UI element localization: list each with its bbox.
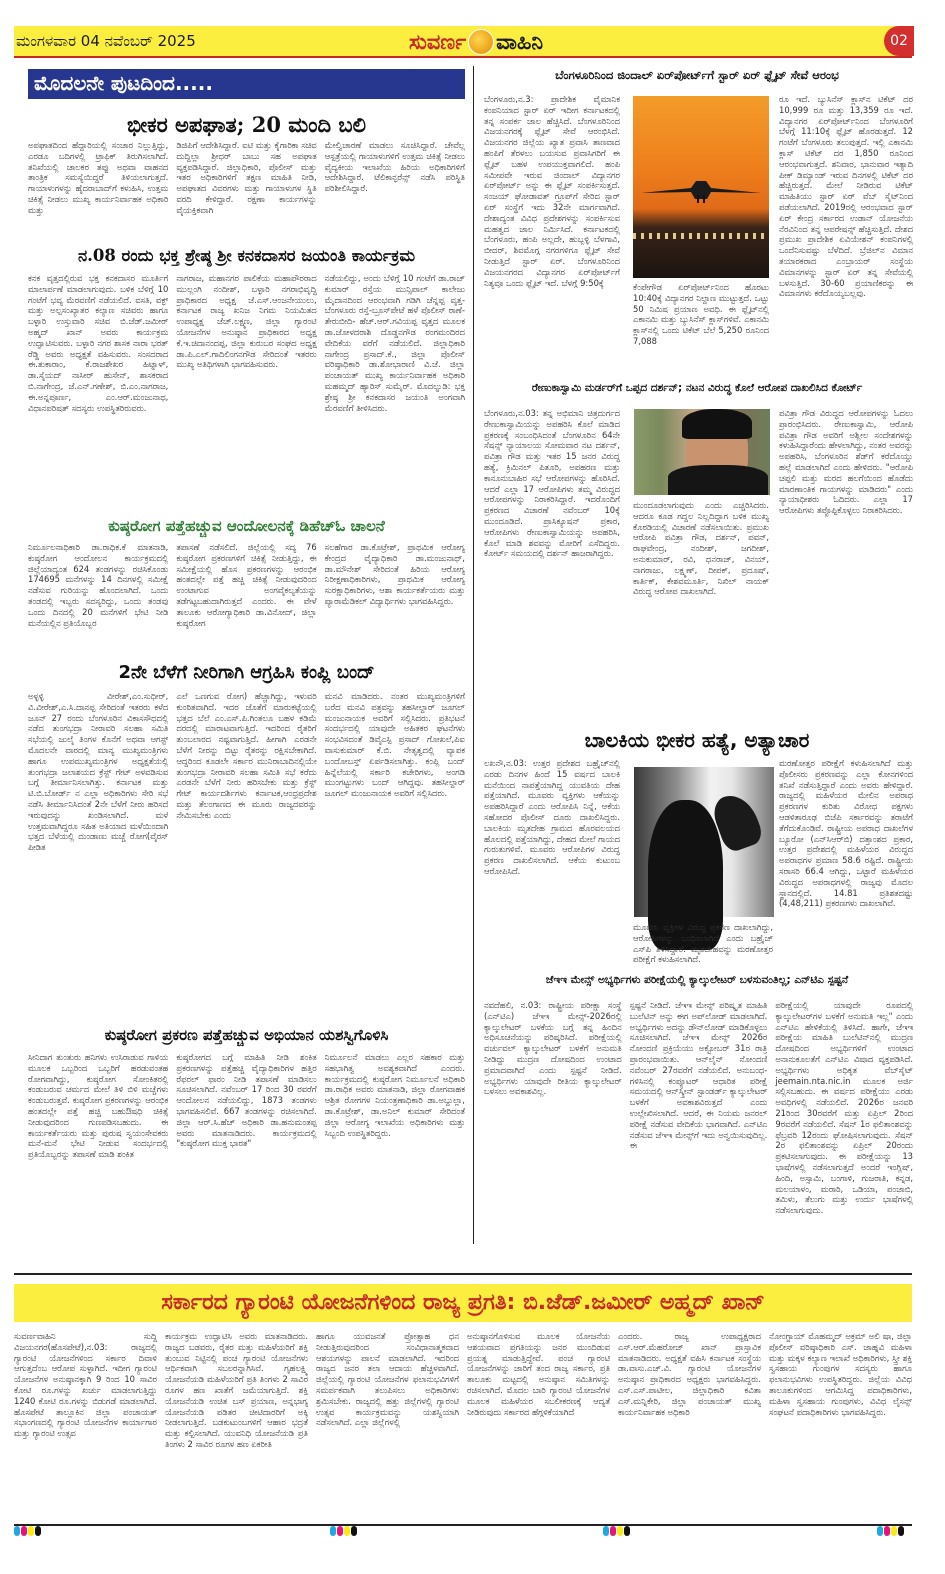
article-body: ಮೂವರು ವ್ಯಕ್ತಿಗಳ ವಿರುದ್ಧ ಪ್ರಕರಣ ದಾಖಲಾಗಿದ್… — [633, 922, 773, 968]
shirt-shape — [668, 465, 768, 495]
article-column: ನವದೆಹಲಿ, ನ.03: ರಾಷ್ಟ್ರೀಯ ಪರೀಕ್ಷಾ ಸಂಸ್ಥೆ … — [484, 1000, 622, 1262]
article-column: ನಿರ್ಮೂಲನೆ ಮಾಡಲು ಎಲ್ಲರ ಸಹಕಾರ ಮತ್ತು ಸಹಭಾಗಿ… — [325, 1052, 465, 1262]
logo-text-left: ಸುವರ್ಣ — [409, 30, 466, 55]
article-column: ಲಖನೌ,ನ.03: ಉತ್ತರ ಪ್ರದೇಶದ ಬಹ್ರೈಚ್‌ನಲ್ಲಿ ಎ… — [484, 758, 620, 968]
article-body: ಕೆಂಪೇಗೌಡ ಏರ್‌ಪೋರ್ಟ್‌ನಿಂದ ಹೊರಟು 10:40ಕ್ಕೆ… — [633, 282, 769, 374]
article-headline: ಕುಷ್ಠರೋಗ ಪ್ರಕರಣ ಪತ್ತೆಹಚ್ಚುವ ಅಭಿಯಾನ ಯಶಸ್ವ… — [28, 1026, 465, 1044]
article-body: ನವದೆಹಲಿ, ನ.03: ರಾಷ್ಟ್ರೀಯ ಪರೀಕ್ಷಾ ಸಂಸ್ಥೆ … — [484, 1000, 913, 1262]
article-column: ಪವಿತ್ರಾ ಗೌಡ ವಿರುದ್ಧದ ಆರೋಪಗಳನ್ನು ಓದಲು ಪ್ರ… — [779, 408, 913, 700]
article-column: ಮುಂದೂಡಲಾಗುವುದು ಎಂದು ಎಚ್ಚರಿಸಿದರು. ಆದರೂ ಕೂ… — [633, 500, 769, 700]
article-column: ಹಾಗೂ ಯುವಜನತೆ ಪ್ರೋತ್ಸಾಹ ಧನ ನೀಡುತ್ತಿರುವುದರ… — [316, 1331, 459, 1511]
article-body: ಬೆಂಗಳೂರು,ನ.3: ಪ್ರಾದೇಶಿಕ ವೈಮಾನಿಕ ಕಂಪನಿಯಾದ… — [484, 94, 620, 374]
article-column: ಕೆಂಪೇಗೌಡ ಏರ್‌ಪೋರ್ಟ್‌ನಿಂದ ಹೊರಟು 10:40ಕ್ಕೆ… — [633, 282, 769, 374]
article-body: ಕನಕ ವೃತ್ತದಲ್ಲಿರುವ ಭಕ್ತ ಕನಕದಾಸರ ಮೂರ್ತಿಗೆ … — [28, 273, 465, 505]
article-column: ಸ್ಪಷ್ಟನೆ ನೀಡಿದೆ. ಜೆಇಇ ಮೇನ್ಸ್ ಪರಿಷ್ಕೃತ ಮಾ… — [630, 1000, 768, 1262]
article-body: ಬೆಂಗಳೂರು,ನ.03: ತನ್ನ ಅಭಿಮಾನಿ ಚಿತ್ರದುರ್ಗದ … — [484, 408, 620, 700]
article-column: ಎಲೆ ಒಣಗುವ ರೋಗ) ಹೆಚ್ಚಾಗಿದ್ದು, ಇಳುವರಿ ಕುಂಠ… — [176, 691, 316, 1015]
article-body: ಲಖನೌ,ನ.03: ಉತ್ತರ ಪ್ರದೇಶದ ಬಹ್ರೈಚ್‌ನಲ್ಲಿ ಎ… — [484, 758, 620, 968]
article-column: ಬೆಂಗಳೂರು,ನ.3: ಪ್ರಾದೇಶಿಕ ವೈಮಾನಿಕ ಕಂಪನಿಯಾದ… — [484, 94, 620, 374]
lead-story-banner: ಸರ್ಕಾರದ ಗ್ಯಾರಂಟಿ ಯೋಜನೆಗಳಿಂದ ರಾಜ್ಯ ಪ್ರಗತಿ… — [14, 1284, 912, 1322]
article-column: ಮರಣೋತ್ತರ ಪರೀಕ್ಷೆಗೆ ಕಳುಹಿಸಲಾಗಿದೆ ಮತ್ತು ಪೊ… — [779, 758, 913, 968]
article-body: ಮರಣೋತ್ತರ ಪರೀಕ್ಷೆಗೆ ಕಳುಹಿಸಲಾಗಿದೆ ಮತ್ತು ಪೊ… — [779, 758, 913, 968]
article-headline: ಭೀಕರ ಅಪಘಾತ; 20 ಮಂದಿ ಬಲಿ — [28, 112, 465, 138]
lamp-emblem-icon — [468, 29, 494, 55]
article-headline: ನ.08 ರಂದು ಭಕ್ತ ಶ್ರೇಷ್ಠ ಶ್ರೀ ಕನಕದಾಸರ ಜಯಂತ… — [28, 246, 465, 266]
cmyk-registration-mark — [603, 1526, 630, 1536]
cap-shape — [682, 409, 752, 439]
article-column: ಅಳ್ಳಳ್ಳಿ ವೀರೇಶ್,ಎಂ.ಸುಧೀರ್, ವಿ.ವೀರೇಶ್,ಎ.ಸ… — [28, 691, 168, 1015]
article-column: ಎಂದರು. ರಾಜ್ಯ ಉಪಾಧ್ಯಕ್ಷರಾದ ಎಸ್.ಆರ್.ಮೆಹರೋಜ… — [618, 1331, 761, 1511]
article-column: ನಡೆಯಲಿದ್ದು, ಅಂದು ಬೆಳಿಗ್ಗೆ 10 ಗಂಟೆಗೆ ಡಾ.ರ… — [325, 273, 465, 505]
article-column: ಅನುಷ್ಠಾನಗೊಳಿಸುವ ಮೂಲಕ ಯೋಜನೆಯ ಆಶಯವಾದ ಪ್ರಗತ… — [467, 1331, 610, 1511]
print-registration-line — [14, 1524, 912, 1526]
airplane-icon — [641, 179, 761, 203]
column-divider — [473, 66, 474, 1244]
section-banner: ಮೊದಲನೇ ಪುಟದಿಂದ..... — [28, 69, 465, 99]
article-headline: ಜೆಇಇ ಮೇನ್ಸ್ ಅಭ್ಯರ್ಥಿಗಳು ಪರೀಕ್ಷೆಯಲ್ಲಿ ಕ್ಯ… — [482, 974, 912, 987]
runway-lights — [633, 233, 769, 239]
article-body: ನಿರ್ಮೂಲನಾಧಿಕಾರಿ ಡಾ.ರಾಧಿಕ.ಕೆ ಮಾತನಾಡಿ, ಕುಷ… — [28, 542, 465, 646]
cmyk-registration-mark — [14, 1526, 41, 1536]
article-column: ನಿರ್ಮೂಲನಾಧಿಕಾರಿ ಡಾ.ರಾಧಿಕ.ಕೆ ಮಾತನಾಡಿ, ಕುಷ… — [28, 542, 168, 646]
article-body: ಸೀನಿದಾಗ ತುಂತುರು ಹನಿಗಳು ಉಸಿರಾಡುವ ಗಾಳಿಯ ಮೂ… — [28, 1052, 465, 1262]
cmyk-registration-mark — [877, 1526, 904, 1536]
article-body: ರೂ ಇದೆ. ಬ್ಯುಸಿನೆಸ್ ಕ್ಲಾಸ್‌ನ ಟಿಕೆಟ್ ದರ 10… — [779, 94, 913, 374]
article-column: ಸಲಹೆಗಾರ ಡಾ.ಕೊಟ್ರೇಶ್, ಪ್ರಾಥಮಿಕ ಆರೋಗ್ಯ ಕೇಂ… — [325, 542, 465, 646]
lead-story-body: ಸುವರ್ಣವಾಹಿನಿ ಸುದ್ದಿ ವಿಜಯನಗರ(ಹೊಸಪೇಟೆ),ನ.0… — [14, 1331, 912, 1511]
newspaper-logo: ಸುವರ್ಣ ವಾಹಿನಿ — [409, 29, 543, 55]
article-body: ಮುಂದೂಡಲಾಗುವುದು ಎಂದು ಎಚ್ಚರಿಸಿದರು. ಆದರೂ ಕೂ… — [633, 500, 769, 700]
article-column: ಪರೀಕ್ಷೆಯಲ್ಲಿ ಯಾವುದೇ ರೂಪದಲ್ಲಿ ಕ್ಯಾಲ್ಕುಲೇಟ… — [775, 1000, 913, 1262]
article-column: ಮೂವರು ವ್ಯಕ್ತಿಗಳ ವಿರುದ್ಧ ಪ್ರಕರಣ ದಾಖಲಾಗಿದ್… — [633, 922, 773, 968]
article-column: ನಾಗರಾಜ, ಮಹಾನಗರ ಪಾಲಿಕೆಯ ಮಹಾಪೌರರಾದ ಮುಲ್ಲಂಗ… — [176, 273, 316, 505]
page-number-badge: 02 — [884, 26, 914, 56]
article-column: ಮನವಿ ಮಾಡಿದರು. ನಂತರ ಮುಖ್ಯಮಂತ್ರಿಗಳಿಗೆ ಬರೆದ… — [325, 691, 465, 1015]
article-column: ಕಾರ್ಯಕ್ರಮ ಉದ್ಘಾಟಿಸಿ ಅವರು ಮಾತನಾಡಿದರು. ರಾಜ… — [165, 1331, 308, 1511]
article-body: ಪವಿತ್ರಾ ಗೌಡ ವಿರುದ್ಧದ ಆರೋಪಗಳನ್ನು ಓದಲು ಪ್ರ… — [779, 408, 913, 700]
article-column: ರೂ ಇದೆ. ಬ್ಯುಸಿನೆಸ್ ಕ್ಲಾಸ್‌ನ ಟಿಕೆಟ್ ದರ 10… — [779, 94, 913, 374]
masthead: ಮಂಗಳವಾರ 04 ನವೆಂಬರ್ 2025 ಸುವರ್ಣ ವಾಹಿನಿ 02 — [14, 26, 912, 58]
child-silhouette-photo — [634, 767, 774, 917]
cmyk-registration-mark — [330, 1526, 357, 1536]
section-rule — [14, 1273, 912, 1275]
article-headline: 2ನೇ ಬೆಳೆಗೆ ನೀರಿಗಾಗಿ ಆಗ್ರಹಿಸಿ ಕಂಪ್ಲಿ ಬಂದ್ — [28, 662, 465, 683]
article-column: ಡಿಜಿಪಿಗೆ ಆದೇಶಿಸಿದ್ದಾರೆ. ಐಟಿ ಮತ್ತು ಕೈಗಾರಿ… — [176, 140, 316, 232]
article-headline: ಬಾಲಕಿಯ ಭೀಕರ ಹತ್ಯೆ, ಅತ್ಯಾಚಾರ — [482, 728, 912, 752]
article-column: ಮೇಲ್ವಿಚಾರಣೆ ಮಾಡಲು ಸೂಚಿಸಿದ್ದಾರೆ. ಚೇವೆಲ್ಲ … — [325, 140, 465, 232]
article-column: ಕನಕ ವೃತ್ತದಲ್ಲಿರುವ ಭಕ್ತ ಕನಕದಾಸರ ಮೂರ್ತಿಗೆ … — [28, 273, 168, 505]
article-headline: ಕುಷ್ಠರೋಗ ಪತ್ತೆಹಚ್ಚುವ ಆಂದೋಲನಕ್ಕೆ ಡಿಹೆಚ್‌ಓ… — [28, 517, 465, 535]
issue-date: ಮಂಗಳವಾರ 04 ನವೆಂಬರ್ 2025 — [16, 32, 196, 50]
article-headline: ಬೆಂಗಳೂರಿನಿಂದ ಜಿಂದಾಲ್ ಏರ್‌ಪೋರ್ಟ್‌ಗೆ ಸ್ಟಾರ… — [482, 68, 912, 83]
article-headline: ರೇಣುಕಾಸ್ವಾಮಿ ಮರ್ಡರ್‌ಗೆ ಒಪ್ಪದ ದರ್ಶನ್; ನಟನ… — [482, 382, 912, 395]
article-column: ಸುವರ್ಣವಾಹಿನಿ ಸುದ್ದಿ ವಿಜಯನಗರ(ಹೊಸಪೇಟೆ),ನ.0… — [14, 1331, 157, 1511]
article-column: ಅಪಘಾತದಿಂದ ಹೆದ್ದಾರಿಯಲ್ಲಿ ಸಂಚಾರ ನಿಲ್ಲುತ್ತಿ… — [28, 140, 168, 232]
article-body: ಅಪಘಾತದಿಂದ ಹೆದ್ದಾರಿಯಲ್ಲಿ ಸಂಚಾರ ನಿಲ್ಲುತ್ತಿ… — [28, 140, 465, 232]
article-column: ಕುಷ್ಠರೋಗದ ಬಗ್ಗೆ ಮಾಹಿತಿ ನೀಡಿ ಶಂಕಿತ ಪ್ರಕರಣ… — [176, 1052, 316, 1262]
airplane-landing-sunset-photo — [633, 96, 769, 278]
article-column: ಬೆಂಗಳೂರು,ನ.03: ತನ್ನ ಅಭಿಮಾನಿ ಚಿತ್ರದುರ್ಗದ … — [484, 408, 620, 700]
logo-text-right: ವಾಹಿನಿ — [496, 30, 543, 55]
article-column: ತಪಾಸಣೆ ನಡೆಸಲಿದೆ. ಜಿಲ್ಲೆಯಲ್ಲಿ ಸದ್ಯ 76 ಕುಷ… — [176, 542, 316, 646]
article-column: ಸೀನಿದಾಗ ತುಂತುರು ಹನಿಗಳು ಉಸಿರಾಡುವ ಗಾಳಿಯ ಮೂ… — [28, 1052, 168, 1262]
article-body: ಅಳ್ಳಳ್ಳಿ ವೀರೇಶ್,ಎಂ.ಸುಧೀರ್, ವಿ.ವೀರೇಶ್,ಎ.ಸ… — [28, 691, 465, 1015]
article-column: ನೋಂಗ್ಜಾಯ್ ಮೊಹಮ್ಮದ್ ಅಕ್ರಮ್ ಅಲಿ ಷಾ, ಜಿಲ್ಲಾ… — [769, 1331, 912, 1511]
actor-portrait-photo — [634, 409, 770, 495]
